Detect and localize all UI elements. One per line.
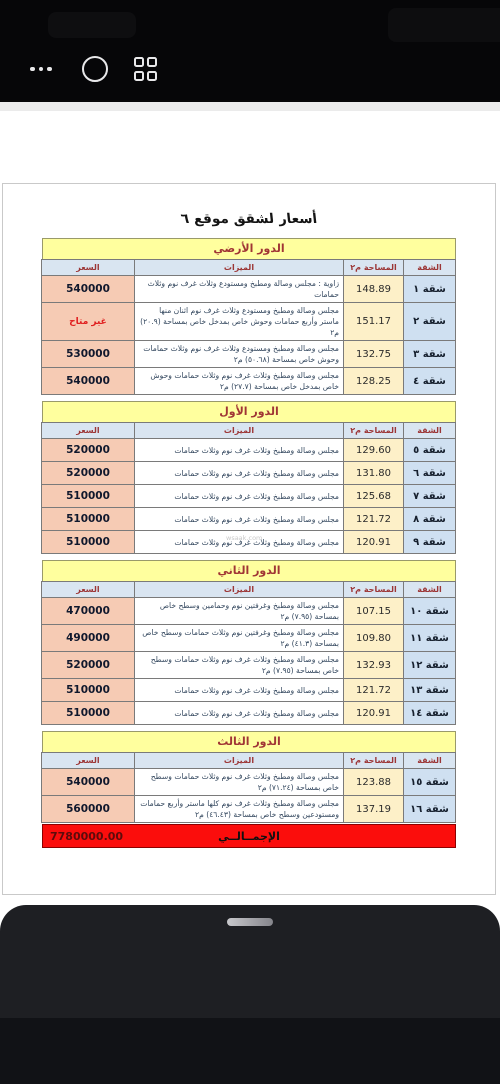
area-cell: 128.25 xyxy=(344,368,404,395)
apartments-table: الشقةالمساحة م٢الميزاتالسعرشقة ١٥123.88م… xyxy=(41,752,456,823)
circle-icon[interactable] xyxy=(82,56,108,82)
table-row: شقة ٧125.68مجلس وصالة ومطبخ وثلاث غرف نو… xyxy=(42,485,456,508)
table-row: شقة ١148.89زاوية : مجلس وصالة ومطبخ ومست… xyxy=(42,276,456,303)
features-cell: مجلس وصالة ومطبخ وثلاث غرف نوم وثلاث حما… xyxy=(135,652,344,679)
sheet-lower-area xyxy=(0,1018,500,1084)
table-row: شقة ١٠107.15مجلس وصالة ومطبخ وغرفتين نوم… xyxy=(42,598,456,625)
area-cell: 129.60 xyxy=(344,439,404,462)
apartment-cell: شقة ٣ xyxy=(404,341,456,368)
floor-band: الدور الثالث xyxy=(42,731,456,752)
features-cell: مجلس وصالة ومطبخ وثلاث غرف نوم وثلاث حما… xyxy=(135,679,344,702)
apartment-cell: شقة ١٢ xyxy=(404,652,456,679)
apartments-table: الشقةالمساحة م٢الميزاتالسعرشقة ١٠107.15م… xyxy=(41,581,456,725)
area-cell: 151.17 xyxy=(344,303,404,341)
area-cell: 120.91 xyxy=(344,531,404,554)
features-cell: مجلس وصالة ومطبخ وثلاث غرف نوم وثلاث حما… xyxy=(135,368,344,395)
area-cell: 125.68 xyxy=(344,485,404,508)
header-row: الشقةالمساحة م٢الميزاتالسعر xyxy=(42,753,456,769)
price-cell: 540000 xyxy=(42,769,135,796)
total-value: 7780000.00 xyxy=(50,825,123,847)
toolbar-divider xyxy=(0,102,500,111)
apartment-cell: شقة ٦ xyxy=(404,462,456,485)
apartment-cell: شقة ٨ xyxy=(404,508,456,531)
features-cell: مجلس وصالة ومطبخ ومستودع وثلاث غرف نوم ا… xyxy=(135,303,344,341)
features-cell: مجلس وصالة ومطبخ وثلاث غرف نوم وثلاث حما… xyxy=(135,769,344,796)
area-cell: 132.75 xyxy=(344,341,404,368)
features-cell: مجلس وصالة ومطبخ وثلاث غرف نوم وثلاث حما… xyxy=(135,485,344,508)
features-cell: مجلس وصالة ومطبخ وثلاث غرف نوم وثلاث حما… xyxy=(135,508,344,531)
price-cell: 510000 xyxy=(42,508,135,531)
header-row: الشقةالمساحة م٢الميزاتالسعر xyxy=(42,260,456,276)
price-cell: 540000 xyxy=(42,368,135,395)
apartment-cell: شقة ١٦ xyxy=(404,796,456,823)
area-cell: 121.72 xyxy=(344,679,404,702)
price-cell: 510000 xyxy=(42,702,135,725)
price-cell: 510000 xyxy=(42,531,135,554)
floor-band: الدور الثاني xyxy=(42,560,456,581)
table-row: شقة ١٢132.93مجلس وصالة ومطبخ وثلاث غرف ن… xyxy=(42,652,456,679)
area-cell: 131.80 xyxy=(344,462,404,485)
floor-band: الدور الأول xyxy=(42,401,456,422)
price-cell: 490000 xyxy=(42,625,135,652)
apartments-table: الشقةالمساحة م٢الميزاتالسعرشقة ١148.89زا… xyxy=(41,259,456,395)
sheet-grabber-handle[interactable] xyxy=(227,918,273,926)
area-cell: 148.89 xyxy=(344,276,404,303)
document-page: أسعار لشقق موقع ٦ الدور الأرضيالشقةالمسا… xyxy=(2,183,496,895)
price-cell: 540000 xyxy=(42,276,135,303)
apartment-cell: شقة ٩ xyxy=(404,531,456,554)
column-header: الشقة xyxy=(404,260,456,276)
statusbar-shape xyxy=(48,12,136,38)
top-toolbar xyxy=(0,0,500,102)
column-header: السعر xyxy=(42,260,135,276)
area-cell: 109.80 xyxy=(344,625,404,652)
area-cell: 120.91 xyxy=(344,702,404,725)
table-row: شقة ٨121.72مجلس وصالة ومطبخ وثلاث غرف نو… xyxy=(42,508,456,531)
apartment-cell: شقة ٤ xyxy=(404,368,456,395)
table-row: شقة ٥129.60مجلس وصالة ومطبخ وثلاث غرف نو… xyxy=(42,439,456,462)
table-row: شقة ١٤120.91مجلس وصالة ومطبخ وثلاث غرف ن… xyxy=(42,702,456,725)
apartment-cell: شقة ٥ xyxy=(404,439,456,462)
features-cell: مجلس وصالة ومطبخ وغرفتين نوم وحمامين وسط… xyxy=(135,598,344,625)
column-header: الشقة xyxy=(404,423,456,439)
features-cell: مجلس وصالة ومطبخ وثلاث غرف نوم كلها ماست… xyxy=(135,796,344,823)
table-row: شقة ٢151.17مجلس وصالة ومطبخ ومستودع وثلا… xyxy=(42,303,456,341)
column-header: الميزات xyxy=(135,423,344,439)
apartment-cell: شقة ٢ xyxy=(404,303,456,341)
price-cell: 520000 xyxy=(42,439,135,462)
floor-band: الدور الأرضي xyxy=(42,238,456,259)
table-row: شقة ٣132.75مجلس وصالة ومطبخ ومستودع وثلا… xyxy=(42,341,456,368)
features-cell: مجلس وصالة ومطبخ وثلاث غرف نوم وثلاث حما… xyxy=(135,702,344,725)
apartment-cell: شقة ٧ xyxy=(404,485,456,508)
column-header: الميزات xyxy=(135,260,344,276)
table-row: شقة ١٥123.88مجلس وصالة ومطبخ وثلاث غرف ن… xyxy=(42,769,456,796)
features-cell: زاوية : مجلس وصالة ومطبخ ومستودع وثلاث غ… xyxy=(135,276,344,303)
column-header: المساحة م٢ xyxy=(344,753,404,769)
price-cell: 520000 xyxy=(42,652,135,679)
table-row: شقة ١٣121.72مجلس وصالة ومطبخ وثلاث غرف ن… xyxy=(42,679,456,702)
features-cell: مجلس وصالة ومطبخ وغرفتين نوم وثلاث حماما… xyxy=(135,625,344,652)
column-header: المساحة م٢ xyxy=(344,582,404,598)
header-row: الشقةالمساحة م٢الميزاتالسعر xyxy=(42,423,456,439)
features-cell: مجلس وصالة ومطبخ وثلاث غرف نوم وثلاث حما… xyxy=(135,439,344,462)
apartment-cell: شقة ١ xyxy=(404,276,456,303)
apartment-cell: شقة ١١ xyxy=(404,625,456,652)
price-cell: 470000 xyxy=(42,598,135,625)
header-row: الشقةالمساحة م٢الميزاتالسعر xyxy=(42,582,456,598)
statusbar-shape xyxy=(388,8,500,42)
column-header: الشقة xyxy=(404,753,456,769)
apartment-cell: شقة ١٣ xyxy=(404,679,456,702)
column-header: السعر xyxy=(42,423,135,439)
price-cell: 510000 xyxy=(42,485,135,508)
apartment-cell: شقة ١٠ xyxy=(404,598,456,625)
table-row: شقة ١٦137.19مجلس وصالة ومطبخ وثلاث غرف ن… xyxy=(42,796,456,823)
column-header: السعر xyxy=(42,582,135,598)
column-header: السعر xyxy=(42,753,135,769)
area-cell: 137.19 xyxy=(344,796,404,823)
price-cell: 510000 xyxy=(42,679,135,702)
grid-apps-icon[interactable] xyxy=(134,57,158,81)
area-cell: 107.15 xyxy=(344,598,404,625)
more-options-icon[interactable] xyxy=(26,63,56,76)
column-header: المساحة م٢ xyxy=(344,260,404,276)
sections: الدور الأرضيالشقةالمساحة م٢الميزاتالسعرش… xyxy=(42,238,456,848)
area-cell: 121.72 xyxy=(344,508,404,531)
area-cell: 132.93 xyxy=(344,652,404,679)
bottom-sheet xyxy=(0,905,500,1084)
table-row: شقة ٦131.80مجلس وصالة ومطبخ وثلاث غرف نو… xyxy=(42,462,456,485)
price-cell: 520000 xyxy=(42,462,135,485)
area-cell: 123.88 xyxy=(344,769,404,796)
price-cell: غير متاح xyxy=(42,303,135,341)
total-row: الإجمــالــي7780000.00 xyxy=(42,824,456,848)
table-row: شقة ٤128.25مجلس وصالة ومطبخ وثلاث غرف نو… xyxy=(42,368,456,395)
features-cell: مجلس وصالة ومطبخ ومستودع وثلاث غرف نوم و… xyxy=(135,341,344,368)
total-label: الإجمــالــي xyxy=(218,830,280,843)
column-header: الشقة xyxy=(404,582,456,598)
table-row: شقة ١١109.80مجلس وصالة ومطبخ وغرفتين نوم… xyxy=(42,625,456,652)
features-cell: مجلس وصالة ومطبخ وثلاث غرف نوم وثلاث حما… xyxy=(135,462,344,485)
column-header: الميزات xyxy=(135,753,344,769)
apartment-cell: شقة ١٥ xyxy=(404,769,456,796)
watermark: wsaak.com xyxy=(226,534,262,542)
apartment-cell: شقة ١٤ xyxy=(404,702,456,725)
column-header: المساحة م٢ xyxy=(344,423,404,439)
price-cell: 530000 xyxy=(42,341,135,368)
column-header: الميزات xyxy=(135,582,344,598)
page-title: أسعار لشقق موقع ٦ xyxy=(2,211,496,227)
price-cell: 560000 xyxy=(42,796,135,823)
